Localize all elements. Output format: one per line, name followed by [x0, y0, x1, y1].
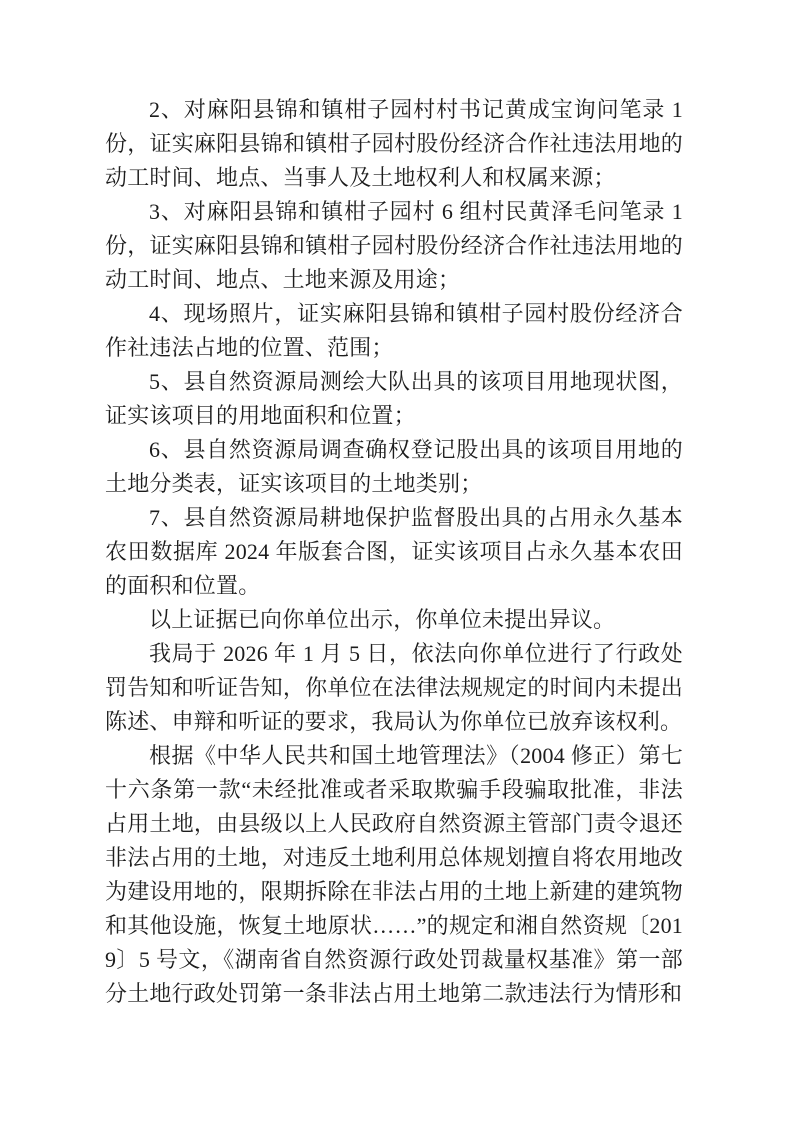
paragraph-evidence-item-4: 4、现场照片，证实麻阳县锦和镇柑子园村股份经济合作社违法占地的位置、范围； [105, 297, 683, 365]
paragraph-legal-basis: 根据《中华人民共和国土地管理法》（2004 修正）第七十六条第一款“未经批准或者… [105, 739, 683, 1011]
document-body: 2、对麻阳县锦和镇柑子园村村书记黄成宝询问笔录 1 份，证实麻阳县锦和镇柑子园村… [105, 93, 683, 1011]
document-page: 2、对麻阳县锦和镇柑子园村村书记黄成宝询问笔录 1 份，证实麻阳县锦和镇柑子园村… [0, 0, 793, 1122]
paragraph-evidence-item-7: 7、县自然资源局耕地保护监督股出具的占用永久基本农田数据库 2024 年版套合图… [105, 501, 683, 603]
paragraph-evidence-item-3: 3、对麻阳县锦和镇柑子园村 6 组村民黄泽毛问笔录 1 份，证实麻阳县锦和镇柑子… [105, 195, 683, 297]
paragraph-evidence-item-6: 6、县自然资源局调查确权登记股出具的该项目用地的土地分类表，证实该项目的土地类别… [105, 433, 683, 501]
paragraph-evidence-item-5: 5、县自然资源局测绘大队出具的该项目用地现状图，证实该项目的用地面积和位置； [105, 365, 683, 433]
paragraph-evidence-presented-statement: 以上证据已向你单位出示，你单位未提出异议。 [105, 603, 683, 637]
paragraph-penalty-notification-statement: 我局于 2026 年 1 月 5 日，依法向你单位进行了行政处罚告知和听证告知，… [105, 637, 683, 739]
paragraph-evidence-item-2: 2、对麻阳县锦和镇柑子园村村书记黄成宝询问笔录 1 份，证实麻阳县锦和镇柑子园村… [105, 93, 683, 195]
